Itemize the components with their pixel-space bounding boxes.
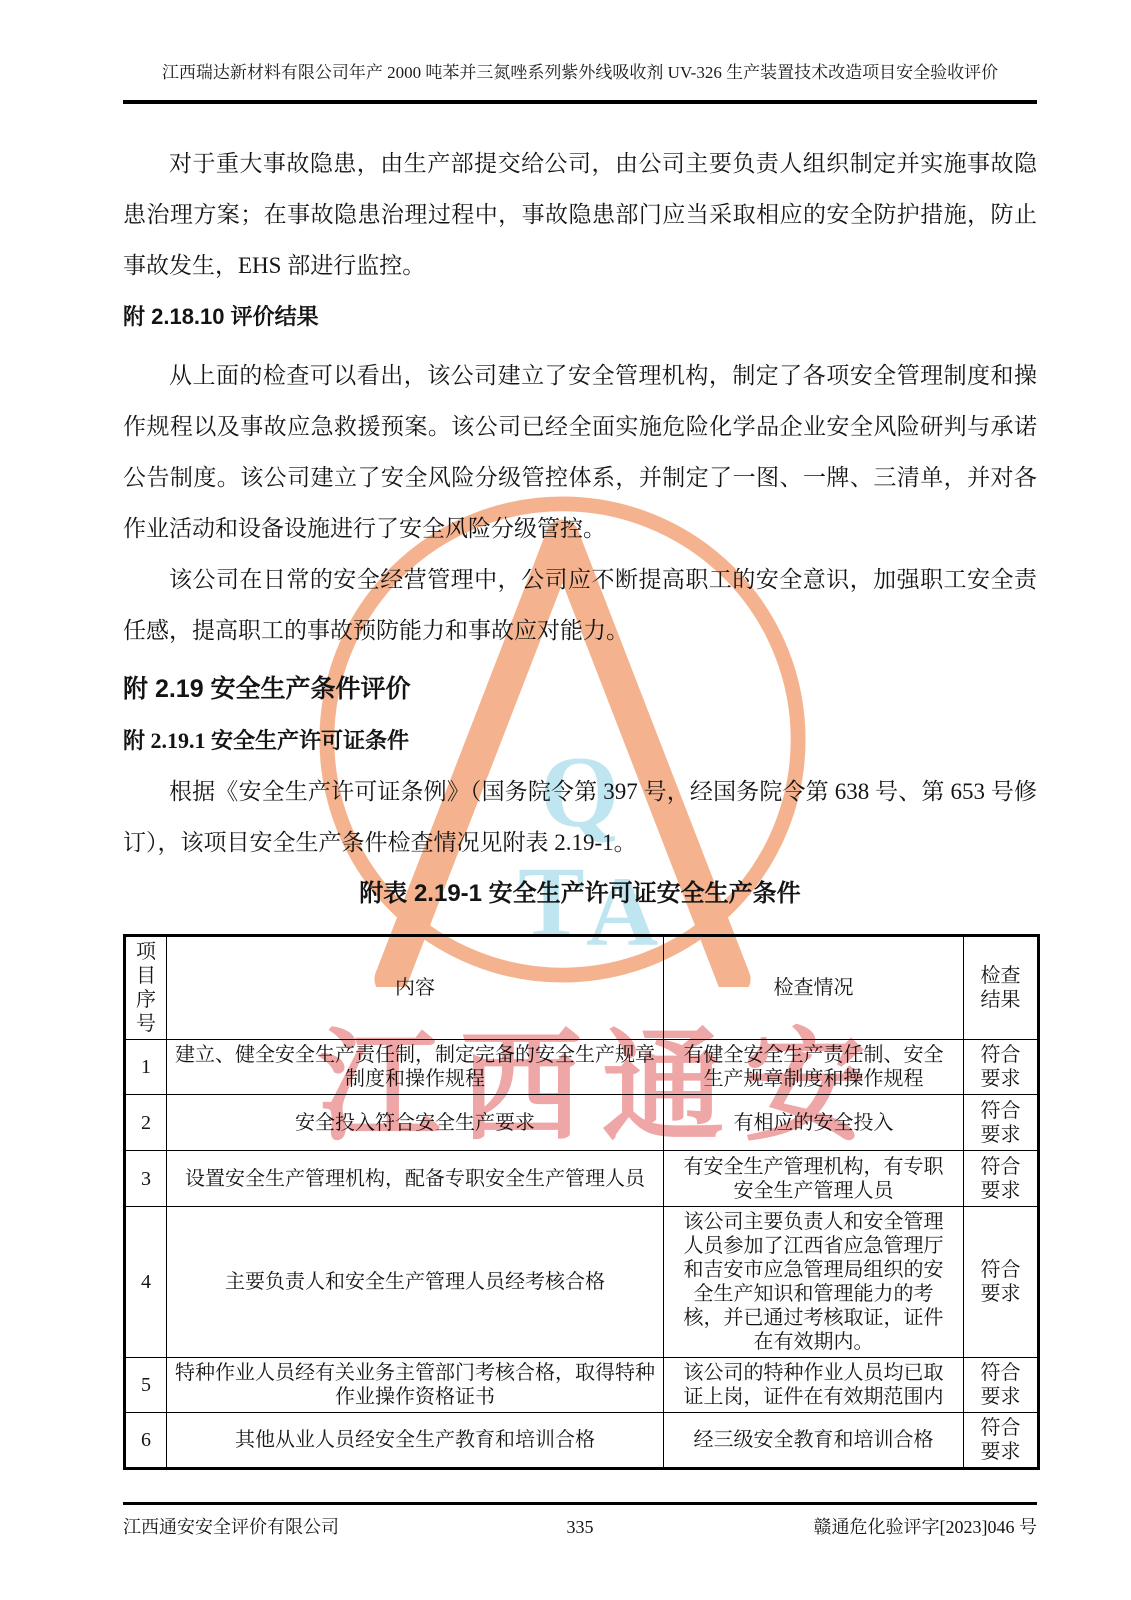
- result-cell: 符合 要求: [964, 1207, 1039, 1358]
- item-no-cell: 4: [125, 1207, 167, 1358]
- content-cell: 安全投入符合安全生产要求: [167, 1095, 664, 1151]
- table-header-row: 项目 序号 内容 检查情况 检查 结果: [125, 936, 1039, 1040]
- item-no-cell: 3: [125, 1151, 167, 1207]
- item-no-cell: 1: [125, 1040, 167, 1095]
- table-row: 1 建立、健全安全生产责任制，制定完备的安全生产规章制度和操作规程 有健全安全生…: [125, 1040, 1039, 1095]
- table-row: 4 主要负责人和安全生产管理人员经考核合格 该公司主要负责人和安全管理人员参加了…: [125, 1207, 1039, 1358]
- paragraph-hazard-management: 对于重大事故隐患，由生产部提交给公司，由公司主要负责人组织制定并实施事故隐患治理…: [123, 138, 1037, 291]
- safety-conditions-table: 项目 序号 内容 检查情况 检查 结果 1 建立、健全安全生产责任制，制定完备的…: [123, 934, 1040, 1470]
- paragraph-license-regulation: 根据《安全生产许可证条例》（国务院令第 397 号，经国务院令第 638 号、第…: [123, 766, 1037, 868]
- col-header-result: 检查 结果: [964, 936, 1039, 1040]
- item-no-cell: 2: [125, 1095, 167, 1151]
- check-cell: 有健全安全生产责任制、安全生产规章制度和操作规程: [664, 1040, 964, 1095]
- item-no-cell: 6: [125, 1413, 167, 1469]
- col-header-item-no: 项目 序号: [125, 936, 167, 1040]
- col-header-check: 检查情况: [664, 936, 964, 1040]
- col-header-content: 内容: [167, 936, 664, 1040]
- check-cell: 经三级安全教育和培训合格: [664, 1413, 964, 1469]
- document-body: 对于重大事故隐患，由生产部提交给公司，由公司主要负责人组织制定并实施事故隐患治理…: [123, 138, 1037, 1470]
- section-heading-2-19-1: 附 2.19.1 安全生产许可证条件: [123, 715, 1037, 766]
- page-header-title: 江西瑞达新材料有限公司年产 2000 吨苯并三氮唑系列紫外线吸收剂 UV-326…: [123, 0, 1037, 88]
- content-cell: 建立、健全安全生产责任制，制定完备的安全生产规章制度和操作规程: [167, 1040, 664, 1095]
- result-cell: 符合 要求: [964, 1358, 1039, 1413]
- check-cell: 有安全生产管理机构，有专职安全生产管理人员: [664, 1151, 964, 1207]
- table-row: 5 特种作业人员经有关业务主管部门考核合格，取得特种作业操作资格证书 该公司的特…: [125, 1358, 1039, 1413]
- table-caption: 附表 2.19-1 安全生产许可证安全生产条件: [123, 874, 1037, 914]
- check-cell: 该公司主要负责人和安全管理人员参加了江西省应急管理厅和吉安市应急管理局组织的安全…: [664, 1207, 964, 1358]
- check-cell: 有相应的安全投入: [664, 1095, 964, 1151]
- paragraph-evaluation-result: 从上面的检查可以看出，该公司建立了安全管理机构，制定了各项安全管理制度和操作规程…: [123, 350, 1037, 554]
- table-row: 3 设置安全生产管理机构，配备专职安全生产管理人员 有安全生产管理机构，有专职安…: [125, 1151, 1039, 1207]
- page-number: 335: [567, 1514, 594, 1540]
- result-cell: 符合 要求: [964, 1040, 1039, 1095]
- content-cell: 其他从业人员经安全生产教育和培训合格: [167, 1413, 664, 1469]
- item-no-cell: 5: [125, 1358, 167, 1413]
- page-content: 江西瑞达新材料有限公司年产 2000 吨苯并三氮唑系列紫外线吸收剂 UV-326…: [0, 0, 1131, 1470]
- table-row: 2 安全投入符合安全生产要求 有相应的安全投入 符合 要求: [125, 1095, 1039, 1151]
- section-heading-2-19: 附 2.19 安全生产条件评价: [123, 664, 1037, 715]
- result-cell: 符合 要求: [964, 1151, 1039, 1207]
- footer-doc-number: 赣通危化验评字[2023]046 号: [814, 1514, 1038, 1540]
- content-cell: 主要负责人和安全生产管理人员经考核合格: [167, 1207, 664, 1358]
- footer-company: 江西通安安全评价有限公司: [123, 1514, 339, 1540]
- document-page: Q T A 江西瑞达新材料有限公司年产 2000 吨苯并三氮唑系列紫外线吸收剂 …: [0, 0, 1131, 1600]
- table-row: 6 其他从业人员经安全生产教育和培训合格 经三级安全教育和培训合格 符合 要求: [125, 1413, 1039, 1469]
- content-cell: 设置安全生产管理机构，配备专职安全生产管理人员: [167, 1151, 664, 1207]
- header-rule: [123, 100, 1037, 104]
- check-cell: 该公司的特种作业人员均已取证上岗，证件在有效期范围内: [664, 1358, 964, 1413]
- result-cell: 符合 要求: [964, 1095, 1039, 1151]
- section-heading-2-18-10: 附 2.18.10 评价结果: [123, 291, 1037, 342]
- result-cell: 符合 要求: [964, 1413, 1039, 1469]
- paragraph-daily-management: 该公司在日常的安全经营管理中，公司应不断提高职工的安全意识，加强职工安全责任感，…: [123, 554, 1037, 656]
- page-footer: 江西通安安全评价有限公司 335 赣通危化验评字[2023]046 号: [123, 1502, 1037, 1540]
- content-cell: 特种作业人员经有关业务主管部门考核合格，取得特种作业操作资格证书: [167, 1358, 664, 1413]
